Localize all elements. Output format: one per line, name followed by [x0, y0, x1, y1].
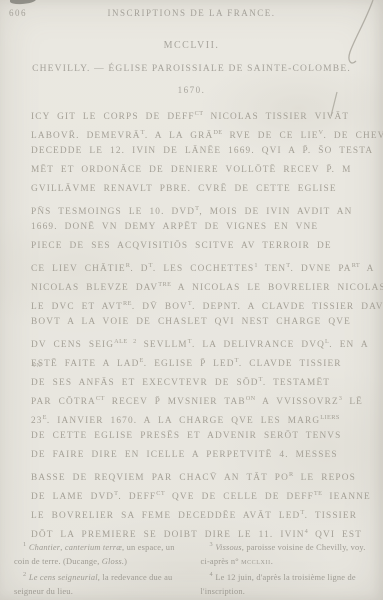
footnotes-right: 3 Vissous, paroisse voisine de Chevilly,… [201, 538, 376, 598]
inscription-line: ESTĒ FAITE A LADE. EGLISE P̄ LEDT. CLAVD… [31, 351, 366, 370]
text-segment: DE [213, 129, 222, 136]
text-segment: . D [130, 264, 148, 274]
text-segment: NICOLAS TISSIER VIVĀT [204, 112, 350, 122]
text-segment: . LES COCHETTES [153, 264, 254, 274]
inscription-line: GVILLĀVME RENAVLT PBRE. CVRĒ DE CETTE EG… [31, 180, 366, 199]
inscription-line: DV CENS SEIGALE 2 SEVLLMT. LA DELIVRANCE… [31, 332, 366, 351]
text-segment: LE BOVRELIER SA FEME DECEDDĒE AVĀT LED [31, 511, 300, 521]
text-segment: DE LAME DVD [31, 492, 114, 502]
text-segment: PIECE DE SES ACQVISITIŌS SCITVE AV TERRO… [31, 241, 332, 251]
page-header: 606 INSCRIPTIONS DE LA FRANCE. [0, 8, 383, 22]
text-segment: canterium terræ [65, 543, 122, 552]
text-segment: LABOVR̄. DEMEVRĀ [31, 131, 141, 141]
text-segment: RECEV P̄ MVSNIER TAB [105, 397, 246, 407]
text-segment: CT [156, 490, 165, 497]
inscription-line: LE DVC ET AVTRE. DV̄ BOVT. DEPNT. A CLAV… [31, 294, 366, 313]
text-segment: ) [124, 557, 127, 566]
text-segment: Le 12 juin, d'après la troisième ligne d… [201, 573, 356, 596]
text-segment: MĒT ET ORDONĀCE DE DENIERE VOLLŌTĒ RECEV… [31, 165, 352, 175]
text-segment: . LA DELIVRANCE DVQ [192, 340, 325, 350]
text-segment: A NICOLAS LE BOVRELIER NICOLAS [171, 283, 383, 293]
inscription-line: 23E. IANVIER 1670. A LA CHARGE QVE LES M… [31, 408, 366, 427]
text-segment: Chantier [29, 543, 60, 552]
inscription-line: CE LIEV CHĀTIER. DT. LES COCHETTES1 TENT… [31, 256, 366, 275]
text-segment: CT [96, 395, 105, 402]
text-segment: Gloss. [102, 557, 124, 566]
text-segment: . DVNE PA [291, 264, 352, 274]
inscription-line: DE FAIRE DIRE EN ICELLE A PERPETVITĒ 4. … [31, 446, 366, 465]
text-segment: GVILLĀVME RENAVLT [31, 184, 160, 194]
entry-number: MCCLVII. [0, 40, 383, 51]
text-segment: , MOIS DE IVIN AVDIT AN [199, 207, 352, 217]
text-segment: RE [123, 300, 132, 307]
inscription-line: MĒT ET ORDONĀCE DE DENIERE VOLLŌTĒ RECEV… [31, 161, 366, 180]
text-segment: ICY GIT LE CORPS DE DEFF [31, 112, 195, 122]
text-segment: TRE [158, 281, 171, 288]
text-segment: SEVLLM [137, 340, 188, 350]
inscription-body: ICY GIT LE CORPS DE DEFFCT NICOLAS TISSI… [31, 104, 366, 541]
text-segment: DE FAIRE DIRE EN ICELLE A PERPETVITĒ 4. … [31, 450, 338, 460]
footnotes: 1 Chantier, canterium terræ, un espace, … [14, 538, 375, 598]
text-segment: . DEFF [118, 492, 156, 502]
text-segment: NICOLAS BLEVZE DAV [31, 283, 158, 293]
text-segment: ON [246, 395, 256, 402]
text-segment: BASSE DE REQVIEM PAR CHACV̄ AN TĀT PO [31, 473, 289, 483]
inscription-line: PAR CŌTRACT RECEV P̄ MVSNIER TABON A VVI… [31, 389, 366, 408]
text-segment: Le cens seigneurial [29, 573, 98, 582]
text-segment: Vissous [215, 543, 241, 552]
text-segment: . DEPNT. A CLAVDE TISSIER DAV [192, 302, 383, 312]
text-segment: DE SES ANFĀS ET EXECVTEVR DE SŌD [31, 378, 259, 388]
text-segment: LE REPOS [294, 473, 356, 483]
text-segment: ESTĒ FAITE A LAD [31, 359, 140, 369]
text-segment: QVE DE CELLE DE DEFF [165, 492, 314, 502]
text-segment: RT [352, 262, 360, 269]
inscription-line: 1669. DONĒ VN DEMY ARPĒT DE VIGNES EN VN… [31, 218, 366, 237]
footnote: 2 Le cens seigneurial, la redevance due … [14, 568, 189, 598]
text-segment: 23 [31, 416, 43, 426]
scan-smudge [10, 0, 36, 4]
text-segment: . CLAVDE TISSIER [239, 359, 342, 369]
text-segment: . DE CHEVILLY [323, 131, 383, 141]
text-segment: LIERS [320, 414, 340, 421]
inscription-line: LE BOVRELIER SA FEME DECEDDĒE AVĀT LEDT.… [31, 503, 366, 522]
text-segment: A [360, 264, 374, 274]
text-segment: mcclxii [241, 557, 271, 566]
text-segment: DV CENS SEIG [31, 340, 114, 350]
text-segment: PBRE [160, 184, 188, 194]
inscription-line: NICOLAS BLEVZE DAVTRE A NICOLAS LE BOVRE… [31, 275, 366, 294]
text-segment: CT [195, 110, 204, 117]
inscription-line: ICY GIT LE CORPS DE DEFFCT NICOLAS TISSI… [31, 104, 366, 123]
inscription-line: PIECE DE SES ACQVISITIŌS SCITVE AV TERRO… [31, 237, 366, 256]
text-segment: TEN [258, 264, 286, 274]
footnote: 1 Chantier, canterium terræ, un espace, … [14, 538, 189, 568]
text-segment: A VVISSOVRZ [256, 397, 339, 407]
text-segment: LE DVC ET AVT [31, 302, 123, 312]
text-segment: DECEDDE LE 12. IVIN DE LĀNĒE 1669. QVI A… [31, 146, 373, 156]
text-segment: . TESTAMĒT [263, 378, 330, 388]
inscription-line: DE LAME DVDT. DEFFCT QVE DE CELLE DE DEF… [31, 484, 366, 503]
inscription-line: BOVT A LA VOIE DE CHASLET QVI NEST CHARG… [31, 313, 366, 332]
inscription-line: DECEDDE LE 12. IVIN DE LĀNĒE 1669. QVI A… [31, 142, 366, 161]
text-segment: . [271, 557, 273, 566]
text-segment: . A LA GRĀ [145, 131, 214, 141]
running-title: INSCRIPTIONS DE LA FRANCE. [0, 8, 383, 18]
inscription-line: DE CETTE EGLISE PRESĒS ET ADVENIR SERŌT … [31, 427, 366, 446]
footnote: 3 Vissous, paroisse voisine de Chevilly,… [201, 538, 376, 568]
text-segment: PAR CŌTRA [31, 397, 96, 407]
text-segment: . IANVIER 1670. A LA CHARGE QVE LES MARG [47, 416, 320, 426]
inscription-line: VNDE SES ANFĀS ET EXECVTEVR DE SŌDT. TES… [31, 370, 366, 389]
entry-date: 1670. [0, 85, 383, 95]
text-segment: 1669. DONĒ VN DEMY ARPĒT DE VIGNES EN VN… [31, 222, 318, 232]
inscription-line: BASSE DE REQVIEM PAR CHACV̄ AN TĀT POR L… [31, 465, 366, 484]
scanned-book-page: 606 INSCRIPTIONS DE LA FRANCE. MCCLVII. … [0, 0, 383, 600]
text-segment: . DV̄ BOV [132, 302, 188, 312]
text-segment: . EN A [329, 340, 368, 350]
text-segment: CE LIEV CHĀTIE [31, 264, 126, 274]
text-segment: BOVT A LA VOIE DE CHASLET QVI NEST CHARG… [31, 317, 351, 327]
text-segment: DE CETTE EGLISE PRESĒS ET ADVENIR SERŌT … [31, 431, 342, 441]
entry-title: CHEVILLY. — ÉGLISE PAROISSIALE DE SAINTE… [0, 64, 383, 74]
text-segment: . CVRĒ DE CETTE EGLISE [188, 184, 337, 194]
text-segment: VN [32, 362, 41, 370]
text-segment: . EGLISE P̄ LED [144, 359, 235, 369]
inscription-line: LABOVR̄. DEMEVRĀT. A LA GRĀDE RVE DE CE … [31, 123, 366, 142]
text-segment: ALE [114, 338, 127, 345]
text-segment: IEANNE [322, 492, 370, 502]
text-segment: . TISSIER [305, 511, 357, 521]
footnote: 4 Le 12 juin, d'après la troisième ligne… [201, 568, 376, 598]
inscription-line: PN̄S TESMOINGS LE 10. DVDT, MOIS DE IVIN… [31, 199, 366, 218]
text-segment: LĒ [342, 397, 363, 407]
text-segment: RVE DE CE LIE [223, 131, 319, 141]
footnotes-left: 1 Chantier, canterium terræ, un espace, … [14, 538, 189, 598]
text-segment: PN̄S TESMOINGS LE 10. DVD [31, 207, 195, 217]
text-segment: 2 [128, 338, 137, 345]
